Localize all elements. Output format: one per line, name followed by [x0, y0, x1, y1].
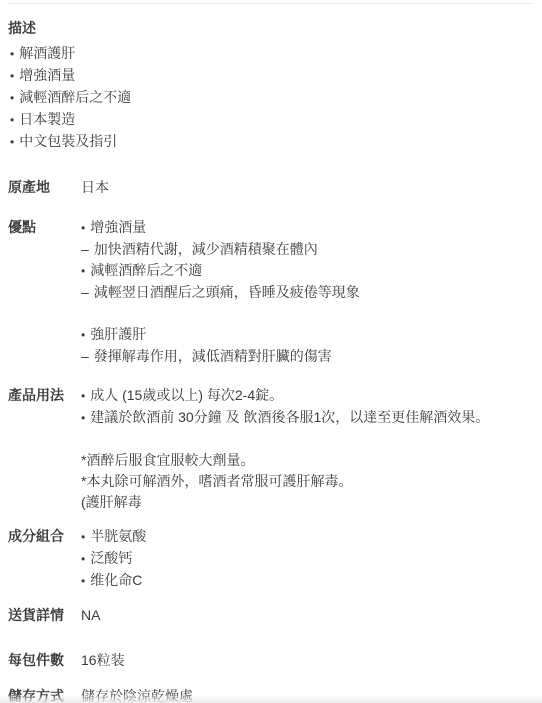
description-item: •減輕酒醉后之不適: [10, 87, 532, 109]
description-item-text: 日本製造: [19, 111, 75, 127]
bullet-icon: •: [10, 66, 14, 87]
spec-label: 原產地: [8, 177, 81, 198]
bullet-icon: •: [81, 261, 85, 282]
description-item-text: 增強酒量: [19, 67, 75, 83]
spec-line: NA: [81, 605, 532, 626]
spec-table: 原產地日本優點•增強酒量–加快酒精代謝，減少酒精積聚在體內•減輕酒醉后之不適–減…: [8, 177, 532, 703]
dash-icon: –: [81, 346, 89, 367]
spec-line: •建議於飲酒前 30分鐘 及 飲酒後各服1次，以達至更佳解酒效果。: [81, 407, 532, 429]
spec-line: –減輕翌日酒醒后之頭痛，昏睡及疲倦等現象: [81, 282, 532, 303]
spec-line: [81, 429, 532, 450]
spec-row: 成分組合•半胱氨酸•泛酸钙•维化命C: [8, 526, 532, 592]
spec-row: 送貨詳情NA: [8, 605, 532, 626]
spec-line: 日本: [81, 177, 532, 198]
spec-line-text: 增強酒量: [90, 219, 146, 235]
bullet-icon: •: [81, 571, 85, 592]
description-item: •解酒護肝: [10, 43, 532, 65]
spec-line-text: *本丸除可解酒外，嗜酒者常服可護肝解毒。: [81, 473, 352, 489]
bullet-icon: •: [81, 386, 85, 407]
spec-line: *本丸除可解酒外，嗜酒者常服可護肝解毒。: [81, 471, 532, 492]
spec-line: (護肝解毒: [81, 492, 532, 513]
spec-line: •強肝護肝: [81, 324, 532, 346]
spec-value: •增強酒量–加快酒精代謝，減少酒精積聚在體內•減輕酒醉后之不適–減輕翌日酒醒后之…: [81, 217, 532, 367]
description-item: •增強酒量: [10, 65, 532, 87]
spec-line-text: 建議於飲酒前 30分鐘 及 飲酒後各服1次，以達至更佳解酒效果。: [90, 409, 489, 425]
spec-label: 每包件數: [8, 650, 81, 671]
bullet-icon: •: [10, 44, 14, 65]
spec-label: 成分組合: [8, 526, 81, 547]
bullet-icon: •: [10, 110, 14, 131]
spec-line: –發揮解毒作用，減低酒精對肝臟的傷害: [81, 346, 532, 367]
spec-line: –加快酒精代謝，減少酒精積聚在體內: [81, 239, 532, 260]
spec-line: •泛酸钙: [81, 548, 532, 570]
spec-line-text: 泛酸钙: [90, 550, 132, 566]
dash-icon: –: [81, 239, 89, 260]
bullet-icon: •: [10, 132, 14, 153]
bullet-icon: •: [81, 325, 85, 346]
description-heading: 描述: [8, 18, 532, 39]
spec-line: •增強酒量: [81, 217, 532, 239]
spec-line-text: 成人 (15歲或以上) 每次2-4錠。: [90, 387, 283, 403]
spec-label: 優點: [8, 217, 81, 238]
spec-label: 產品用法: [8, 385, 81, 406]
description-item-text: 解酒護肝: [19, 45, 75, 61]
spec-line: *酒醉后服食宜服較大劑量。: [81, 450, 532, 471]
spec-value: 日本: [81, 177, 532, 198]
spec-line-text: (護肝解毒: [81, 494, 142, 510]
spec-line-text: 半胱氨酸: [90, 528, 146, 544]
spec-line-text: 日本: [81, 179, 109, 195]
bottom-fade-divider: [0, 694, 542, 703]
spec-line: •減輕酒醉后之不適: [81, 260, 532, 282]
spec-row: 優點•增強酒量–加快酒精代謝，減少酒精積聚在體內•減輕酒醉后之不適–減輕翌日酒醒…: [8, 217, 532, 367]
spec-line-text: 维化命C: [90, 572, 142, 588]
spec-line-text: 加快酒精代謝，減少酒精積聚在體內: [94, 241, 318, 257]
spec-value: 16粒装: [81, 650, 532, 671]
spec-row: 原產地日本: [8, 177, 532, 198]
spec-line-text: 16粒装: [81, 652, 125, 668]
dash-icon: –: [81, 282, 89, 303]
spec-label: 送貨詳情: [8, 605, 81, 626]
spec-line: •维化命C: [81, 570, 532, 592]
description-item-text: 中文包裝及指引: [19, 133, 117, 149]
spec-row: 每包件數16粒装: [8, 650, 532, 671]
bullet-icon: •: [81, 549, 85, 570]
spec-line: •半胱氨酸: [81, 526, 532, 548]
bullet-icon: •: [10, 88, 14, 109]
product-info-panel: 描述 •解酒護肝•增強酒量•減輕酒醉后之不適•日本製造•中文包裝及指引 原產地日…: [0, 3, 542, 703]
description-item: •日本製造: [10, 109, 532, 131]
bullet-icon: •: [81, 408, 85, 429]
spec-line: •成人 (15歲或以上) 每次2-4錠。: [81, 385, 532, 407]
spec-line-text: NA: [81, 607, 100, 623]
bullet-icon: •: [81, 527, 85, 548]
spec-row: 產品用法•成人 (15歲或以上) 每次2-4錠。•建議於飲酒前 30分鐘 及 飲…: [8, 385, 532, 513]
spec-line-text: 發揮解毒作用，減低酒精對肝臟的傷害: [94, 348, 332, 364]
description-item-text: 減輕酒醉后之不適: [19, 89, 131, 105]
spec-value: •半胱氨酸•泛酸钙•维化命C: [81, 526, 532, 592]
spec-value: NA: [81, 605, 532, 626]
top-divider: [8, 3, 532, 4]
spec-line: [81, 303, 532, 324]
description-item: •中文包裝及指引: [10, 131, 532, 153]
spec-line: 16粒装: [81, 650, 532, 671]
description-list: •解酒護肝•增強酒量•減輕酒醉后之不適•日本製造•中文包裝及指引: [8, 43, 532, 153]
spec-line-text: *酒醉后服食宜服較大劑量。: [81, 452, 254, 468]
spec-line-text: 減輕酒醉后之不適: [90, 262, 202, 278]
spec-line-text: 減輕翌日酒醒后之頭痛，昏睡及疲倦等現象: [94, 284, 360, 300]
spec-line-text: 強肝護肝: [90, 326, 146, 342]
spec-value: •成人 (15歲或以上) 每次2-4錠。•建議於飲酒前 30分鐘 及 飲酒後各服…: [81, 385, 532, 513]
bullet-icon: •: [81, 218, 85, 239]
